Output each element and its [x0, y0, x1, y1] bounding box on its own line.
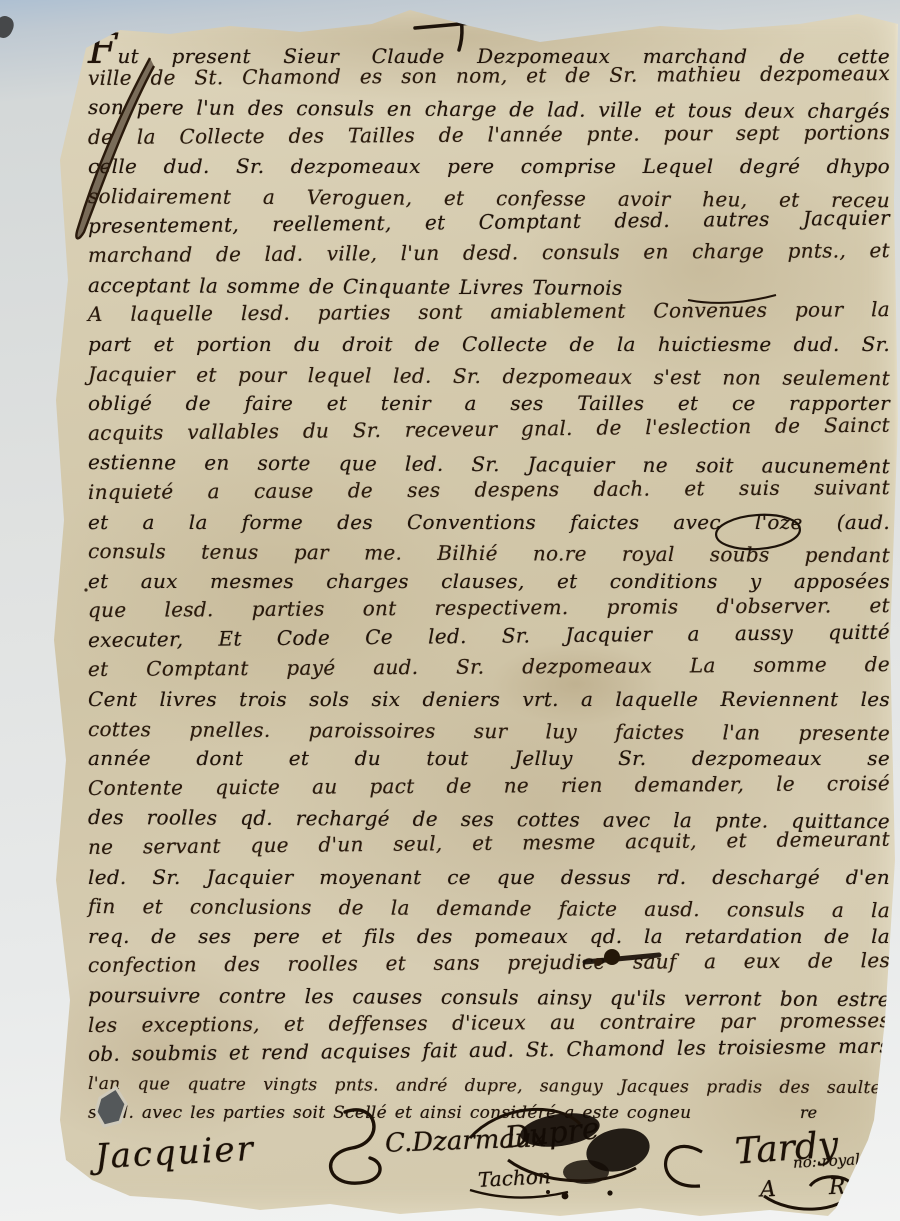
manuscript-line: consuls tenus par me. Bilhié no.re royal…	[88, 537, 890, 571]
signature-tardy-paraph-letters: A R	[760, 1175, 846, 1203]
manuscript-line: l'an que quatre vingts pnts. andré dupre…	[88, 1070, 890, 1104]
manuscript-line: confection des roolles et sans prejudice…	[88, 947, 890, 981]
signature-tardy-superscript: re	[800, 1103, 817, 1122]
ink-speck	[34, 650, 37, 653]
manuscript-line: ville de St. Chamond es son nom, et de S…	[88, 59, 890, 93]
manuscript-line: led. Sr. Jacquier moyenant ce que dessus…	[88, 863, 890, 893]
signature-tardy-notary-title: no: royal	[793, 1150, 861, 1171]
ink-blot-large	[563, 1160, 609, 1184]
manuscript-line: fin et conclusions de la demande faicte …	[88, 892, 890, 926]
manuscript-line: de la Collecte des Tailles de l'année pn…	[88, 118, 890, 152]
ink-spatter	[562, 1193, 569, 1200]
ink-speck	[40, 410, 44, 414]
manuscript-line: A laquelle lesd. parties sont amiablemen…	[88, 295, 890, 329]
manuscript-line: Cent livres trois sols six deniers vrt. …	[88, 685, 890, 715]
ink-spatter	[607, 1190, 612, 1195]
signature-jacquier: Jacquier	[94, 1129, 256, 1177]
manuscript-line: et a la forme des Conventions faictes av…	[88, 508, 890, 538]
manuscript-line: celle dud. Sr. dezpomeaux pere comprise …	[88, 152, 890, 182]
ink-spatter	[546, 1190, 550, 1194]
manuscript-text: Fut present Sieur Claude Dezpomeaux marc…	[88, 34, 890, 1129]
manuscript-paper: Fut present Sieur Claude Dezpomeaux marc…	[0, 0, 900, 1221]
manuscript-line: cottes pnelles. paroissoires sur luy fai…	[88, 715, 890, 749]
manuscript-line: part et portion du droit de Collecte de …	[88, 330, 890, 360]
manuscript-line: marchand de lad. ville, l'un desd. consu…	[88, 236, 890, 270]
invocation-cross-icon	[415, 20, 505, 28]
manuscript-line: et Comptant payé aud. Sr. dezpomeaux La …	[88, 651, 890, 685]
tardy-paraph	[666, 1146, 702, 1186]
photo-background: Fut present Sieur Claude Dezpomeaux marc…	[0, 0, 900, 1221]
corner-dark-mark	[0, 13, 17, 40]
manuscript-line: inquieté a cause de ses despens dach. et…	[88, 473, 890, 507]
manuscript-line: Jacquier et pour lequel led. Sr. dezpome…	[88, 360, 890, 394]
signature-tachon: Tachon	[477, 1164, 551, 1192]
manuscript-line: Contente quicte au pact de ne rien deman…	[88, 769, 890, 803]
